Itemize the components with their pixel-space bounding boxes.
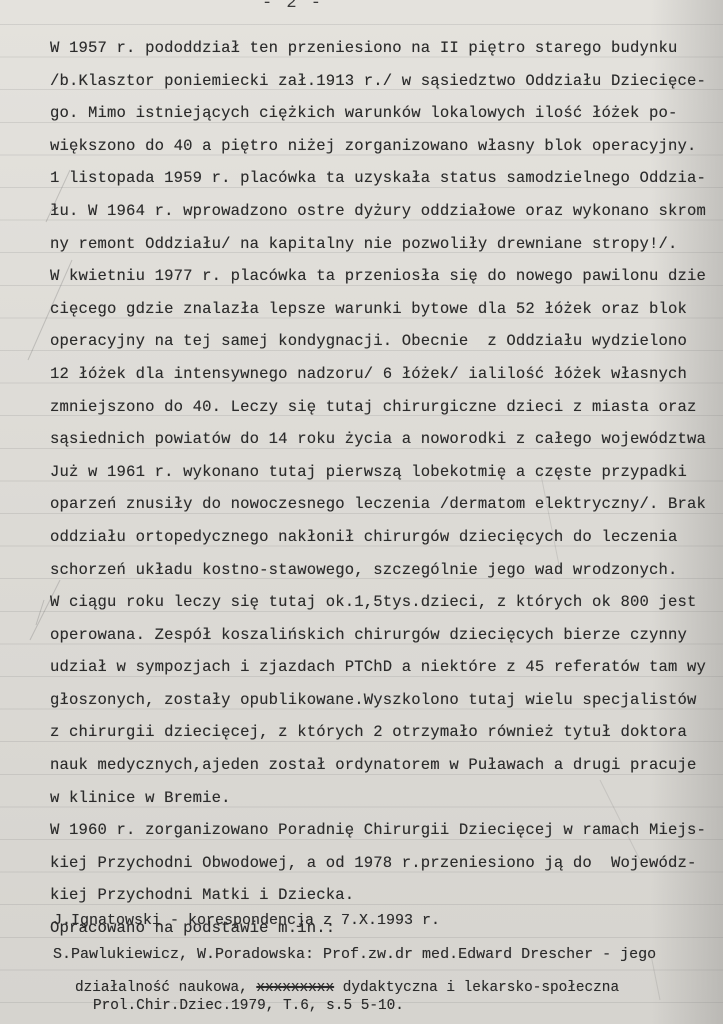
text-line: większono do 40 a piętro niżej zorganizo… [50, 130, 723, 163]
text-line: W kwietniu 1977 r. placówka ta przeniosł… [50, 260, 723, 293]
reference-pawlukiewicz-line-1: S.Pawlukiewicz, W.Poradowska: Prof.zw.dr… [53, 946, 656, 963]
text-line: W 1960 r. zorganizowano Poradnię Chirurg… [50, 814, 723, 847]
text-line: operowana. Zespół koszalińskich chirurgó… [50, 619, 723, 652]
text-line: głoszonych, zostały opublikowane.Wyszkol… [50, 684, 723, 717]
text-line: łu. W 1964 r. wprowadzono ostre dyżury o… [50, 195, 723, 228]
text-line: sąsiednich powiatów do 14 roku życia a n… [50, 423, 723, 456]
text-line: oddziału ortopedycznego nakłonił chirurg… [50, 521, 723, 554]
text-line: oparzeń znusiły do nowoczesnego leczenia… [50, 488, 723, 521]
text-line: W 1957 r. pododdział ten przeniesiono na… [50, 32, 723, 65]
reference-text-after: dydaktyczna i lekarsko-społeczna [334, 980, 619, 996]
struck-out-word: xxxxxxxxx [256, 980, 334, 996]
text-line: nauk medycznych,ajeden został ordynatore… [50, 749, 723, 782]
text-line: w klinice w Bremie. [50, 782, 723, 815]
text-line: go. Mimo istniejących ciężkich warunków … [50, 97, 723, 130]
typewritten-body-text: W 1957 r. pododdział ten przeniesiono na… [50, 32, 723, 945]
scanned-document-page: - 2 - W 1957 r. pododdział ten przeniesi… [0, 0, 723, 1024]
text-line: cięcego gdzie znalazła lepsze warunki by… [50, 293, 723, 326]
text-line: operacyjny na tej samej kondygnacji. Obe… [50, 325, 723, 358]
text-line: z chirurgii dziecięcej, z których 2 otrz… [50, 716, 723, 749]
text-line: udział w sympozjach i zjazdach PTChD a n… [50, 651, 723, 684]
reference-pawlukiewicz-line-2: działalność naukowa, xxxxxxxxx dydaktycz… [75, 980, 619, 996]
text-line: ny remont Oddziału/ na kapitalny nie poz… [50, 228, 723, 261]
references-section: J.Ignatowski - korespondencja z 7.X.1993… [53, 912, 723, 1014]
text-line: /b.Klasztor poniemiecki zał.1913 r./ w s… [50, 65, 723, 98]
text-line: W ciągu roku leczy się tutaj ok.1,5tys.d… [50, 586, 723, 619]
reference-text-before: działalność naukowa, [75, 980, 256, 996]
page-number: - 2 - [262, 0, 323, 13]
text-line: Już w 1961 r. wykonano tutaj pierwszą lo… [50, 456, 723, 489]
text-line: zmniejszono do 40. Leczy się tutaj chiru… [50, 391, 723, 424]
text-line: 1 listopada 1959 r. placówka ta uzyskała… [50, 162, 723, 195]
reference-ignatowski: J.Ignatowski - korespondencja z 7.X.1993… [53, 912, 440, 929]
text-line: kiej Przychodni Obwodowej, a od 1978 r.p… [50, 847, 723, 880]
text-line: 12 łóżek dla intensywnego nadzoru/ 6 łóż… [50, 358, 723, 391]
text-line: kiej Przychodni Matki i Dziecka. [50, 879, 723, 912]
text-line: schorzeń układu kostno-stawowego, szczeg… [50, 554, 723, 587]
reference-pawlukiewicz-line-3: Prol.Chir.Dziec.1979, T.6, s.5 5-10. [93, 998, 404, 1014]
